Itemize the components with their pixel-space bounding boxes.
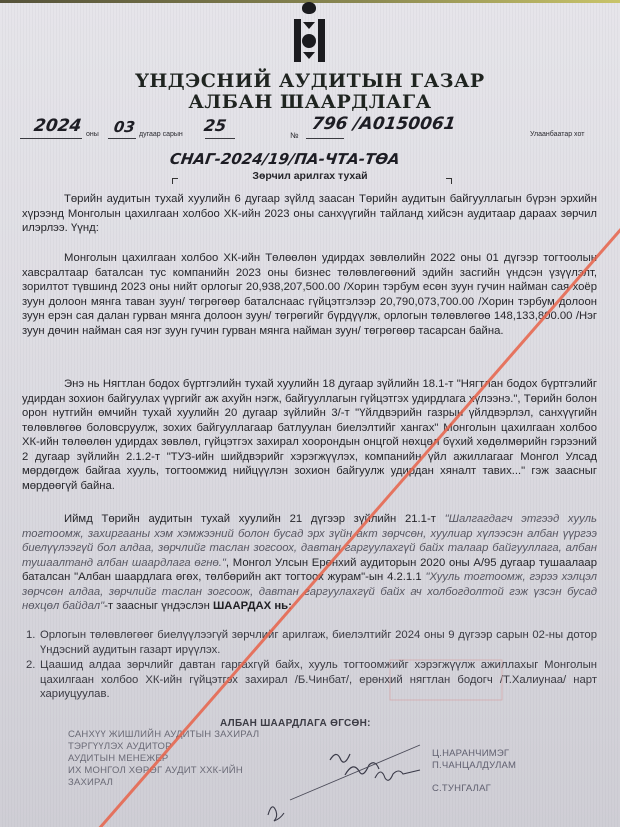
signature-stroke [290, 745, 420, 800]
soyombo-emblem-icon [290, 2, 330, 62]
subject-bracket-right [446, 178, 452, 184]
number-label: № [290, 131, 299, 140]
signatory-names: Ц.НАРАНЧИМЭГ П.ЧАНЦАЛДУЛАМ С.ТУНГАЛАГ [432, 748, 516, 795]
subject-bracket-left [172, 178, 178, 184]
organization-name: ҮНДЭСНИЙ АУДИТЫН ГАЗАР [0, 70, 620, 92]
subject-title: Зөрчил арилгах тухай [0, 170, 620, 182]
day-handwritten: 25 [203, 116, 228, 135]
finding-paragraph: Монголын цахилгаан холбоо ХК-ийн Төлөөлө… [22, 251, 597, 338]
demand-item-1: 1. Орлогын төлөвлөгөөг биелүүлээгүй зөрч… [40, 628, 597, 657]
signature-scribble-3 [268, 807, 284, 821]
signature-scribble-2 [375, 770, 420, 780]
month-label: дугаар сарын [139, 131, 183, 138]
reference-handwritten: СНАГ-2024/19/ПА-ЧТА-ТӨА [169, 150, 401, 168]
intro-paragraph: Төрийн аудитын тухай хуулийн 6 дугаар зү… [22, 192, 597, 236]
demand-item-2: 2. Цаашид алдаа зөрчлийг давтан гаргахгү… [40, 658, 597, 702]
demand-paragraph: Иймд Төрийн аудитын тухай хуулийн 21 дүг… [22, 512, 597, 614]
year-handwritten: 2024 [33, 116, 83, 136]
legal-basis-paragraph: Энэ нь Нягтлан бодох бүртгэлийн тухай ху… [22, 377, 597, 493]
signatory-titles: САНХҮҮ ЖИШЛИЙН АУДИТЫН ЗАХИРАЛ ТЭРГҮҮЛЭХ… [68, 729, 259, 789]
signature-header: АЛБАН ШААРДЛАГА ӨГСӨН: [220, 718, 371, 729]
document-page: ҮНДЭСНИЙ АУДИТЫН ГАЗАР АЛБАН ШААРДЛАГА 2… [0, 0, 620, 827]
year-label: оны [86, 131, 99, 138]
month-handwritten: 03 [113, 118, 136, 136]
document-meta: 2024 оны 03 дугаар сарын 25 № 796 /А0150… [0, 118, 620, 148]
document-type: АЛБАН ШААРДЛАГА [0, 91, 620, 113]
document-number-handwritten: 796 /А0150061 [311, 114, 457, 134]
city-label: Улаанбаатар хот [530, 131, 584, 138]
signature-scribble-1 [330, 754, 379, 775]
